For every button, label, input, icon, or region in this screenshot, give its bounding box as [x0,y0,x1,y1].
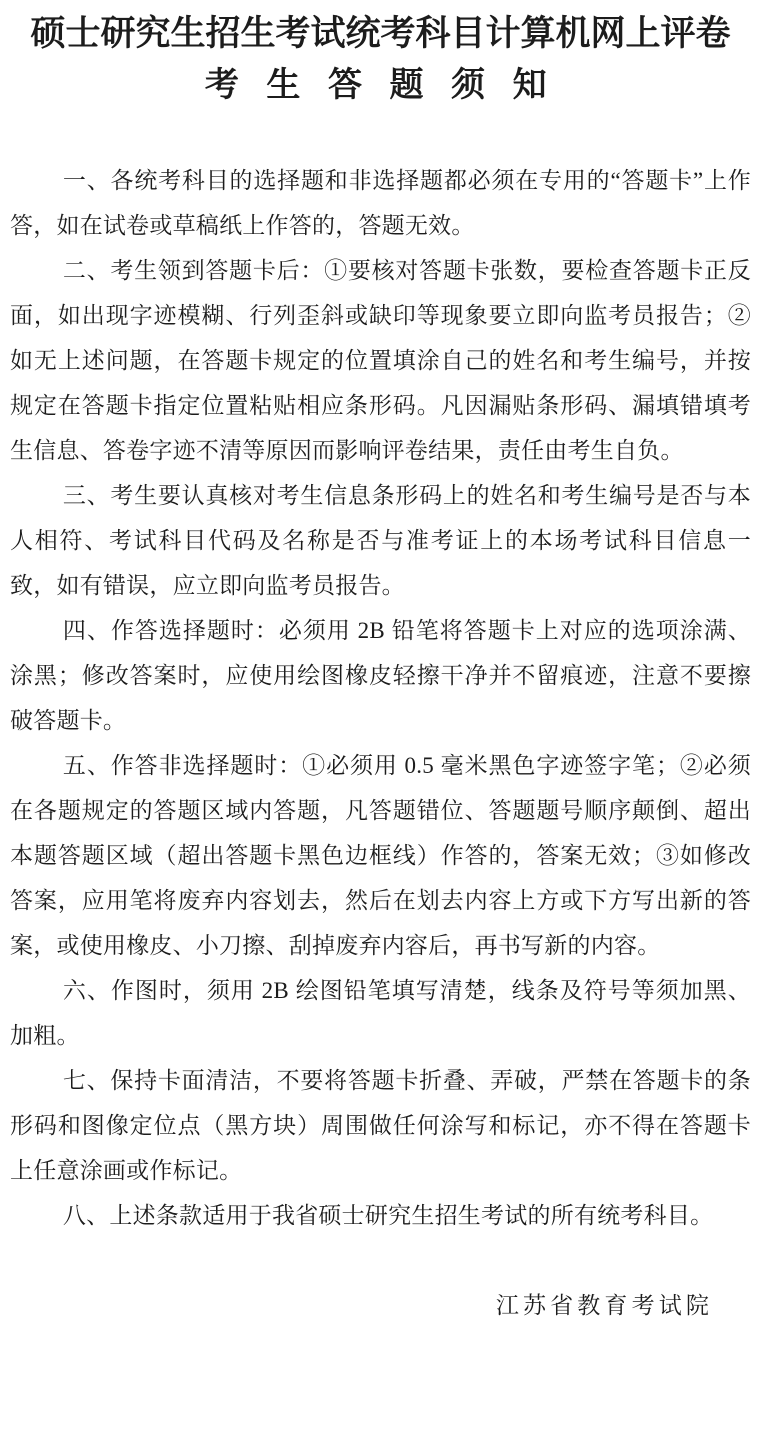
paragraph-1: 一、各统考科目的选择题和非选择题都必须在专用的“答题卡”上作答，如在试卷或草稿纸… [10,158,751,248]
document-title: 硕士研究生招生考试统考科目计算机网上评卷 考 生 答 题 须 知 [10,10,751,110]
paragraph-3: 三、考生要认真核对考生信息条形码上的姓名和考生编号是否与本人相符、考试科目代码及… [10,473,751,608]
paragraph-6: 六、作图时，须用 2B 绘图铅笔填写清楚，线条及符号等须加黑、加粗。 [10,968,751,1058]
document-body: 一、各统考科目的选择题和非选择题都必须在专用的“答题卡”上作答，如在试卷或草稿纸… [10,158,751,1238]
signature: 江苏省教育考试院 [10,1290,751,1322]
title-line-2: 考 生 答 题 须 知 [10,62,751,110]
paragraph-7: 七、保持卡面清洁，不要将答题卡折叠、弄破，严禁在答题卡的条形码和图像定位点（黑方… [10,1058,751,1193]
title-line-1: 硕士研究生招生考试统考科目计算机网上评卷 [10,10,751,58]
paragraph-2: 二、考生领到答题卡后：①要核对答题卡张数，要检查答题卡正反面，如出现字迹模糊、行… [10,248,751,473]
paragraph-5: 五、作答非选择题时：①必须用 0.5 毫米黑色字迹签字笔；②必须在各题规定的答题… [10,743,751,968]
paragraph-8: 八、上述条款适用于我省硕士研究生招生考试的所有统考科目。 [10,1193,751,1238]
paragraph-4: 四、作答选择题时：必须用 2B 铅笔将答题卡上对应的选项涂满、涂黑；修改答案时，… [10,608,751,743]
document-page: 硕士研究生招生考试统考科目计算机网上评卷 考 生 答 题 须 知 一、各统考科目… [0,0,761,1442]
